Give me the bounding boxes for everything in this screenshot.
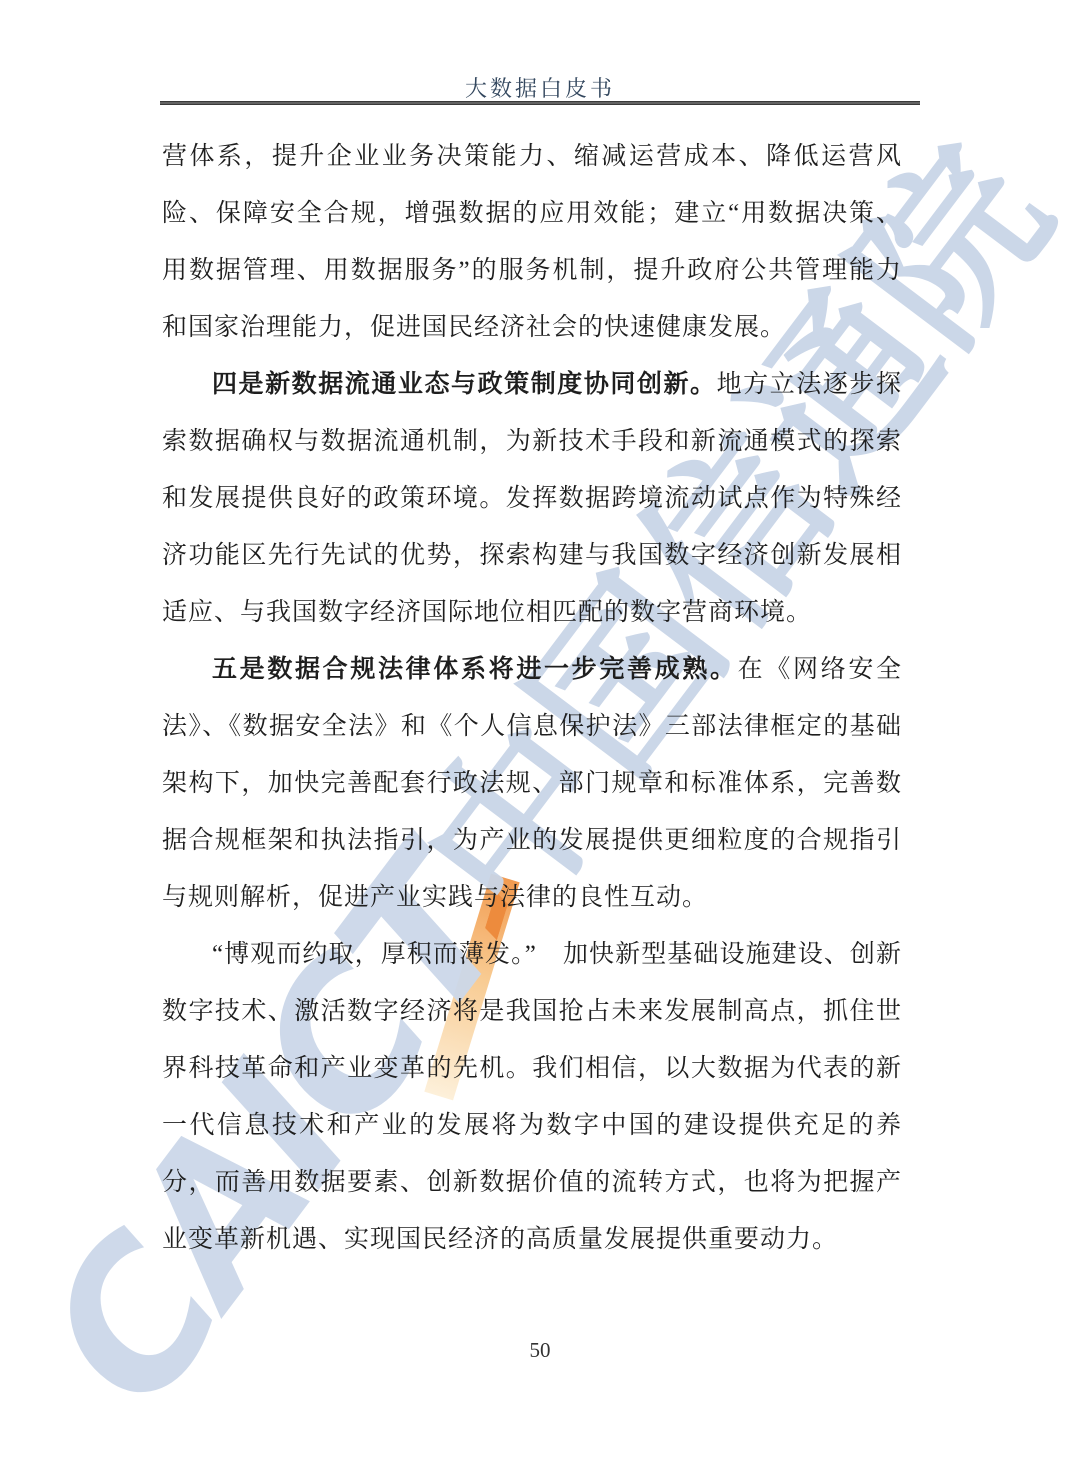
paragraph-4-text: “博观而约取，厚积而薄发。” 加快新型基础设施建设、创新数字技术、激活数字经济将… [162,941,902,1253]
page-header-rule [160,101,920,105]
page-header-title: 大数据白皮书 [160,72,920,103]
body-text: 营体系，提升企业业务决策能力、缩减运营成本、降低运营风险、保障安全合规，增强数据… [162,128,902,1268]
paragraph-3-lead: 五是数据合规法律体系将进一步完善成熟。 [212,655,738,683]
document-page: CAICT中国信通院 大数据白皮书 营体系，提升企业业务决策能力、缩减运营成本、… [0,0,1080,1465]
paragraph-3: 五是数据合规法律体系将进一步完善成熟。在《网络安全法》、《数据安全法》和《个人信… [162,641,902,926]
page-number: 50 [530,1338,551,1362]
paragraph-2: 四是新数据流通业态与政策制度协同创新。地方立法逐步探索数据确权与数据流通机制，为… [162,356,902,641]
paragraph-1-text: 营体系，提升企业业务决策能力、缩减运营成本、降低运营风险、保障安全合规，增强数据… [162,143,902,341]
paragraph-1: 营体系，提升企业业务决策能力、缩减运营成本、降低运营风险、保障安全合规，增强数据… [162,128,902,356]
paragraph-4: “博观而约取，厚积而薄发。” 加快新型基础设施建设、创新数字技术、激活数字经济将… [162,926,902,1268]
page-footer: 50 [0,1338,1080,1363]
paragraph-2-text: 地方立法逐步探索数据确权与数据流通机制，为新技术手段和新流通模式的探索和发展提供… [162,371,902,626]
paragraph-2-lead: 四是新数据流通业态与政策制度协同创新。 [212,370,717,398]
page-header: 大数据白皮书 [160,72,920,103]
paragraph-3-text: 在《网络安全法》、《数据安全法》和《个人信息保护法》三部法律框定的基础架构下，加… [162,656,902,911]
